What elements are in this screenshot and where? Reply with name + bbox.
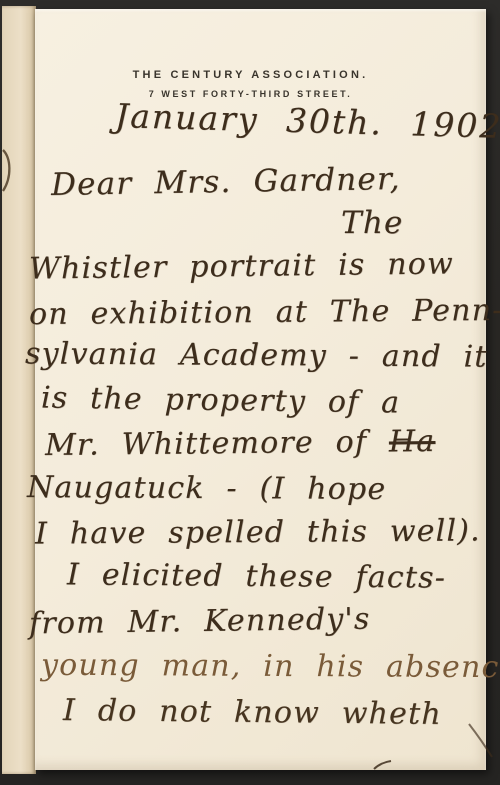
handwritten-line: Naugatuck - (I hope [27, 470, 387, 507]
handwritten-line: I elicited these facts- [67, 557, 446, 595]
handwritten-salutation: Dear Mrs. Gardner, [51, 161, 401, 203]
letterhead-address: 7 WEST FORTY-THIRD STREET. [25, 89, 476, 99]
handwritten-date: January 30th. 1902 - [115, 96, 500, 147]
underlying-page-edge [2, 6, 36, 774]
letter-page: THE CENTURY ASSOCIATION. 7 WEST FORTY-TH… [35, 9, 486, 770]
handwritten-line: I do not know wheth [63, 693, 442, 732]
handwritten-line: on exhibition at The Penn- [29, 293, 500, 332]
handwritten-line: sylvania Academy - and it [25, 336, 488, 374]
letter-scan: THE CENTURY ASSOCIATION. 7 WEST FORTY-TH… [0, 0, 500, 785]
handwritten-line: Whistler portrait is now [29, 246, 454, 286]
handwritten-line: The [341, 205, 404, 241]
handwritten-line: from Mr. Kennedy's [29, 602, 371, 642]
handwritten-line: young man, in his absence. [41, 648, 500, 686]
handwritten-line: I have spelled this well). [35, 513, 481, 551]
handwritten-line: Mr. Whittemore of Ha [45, 424, 436, 463]
letterhead-organization: THE CENTURY ASSOCIATION. [25, 69, 476, 81]
handwritten-text: Mr. Whittemore of [45, 425, 368, 463]
crossed-out-word: Ha [389, 424, 436, 459]
handwritten-line: is the property of a [41, 380, 401, 420]
